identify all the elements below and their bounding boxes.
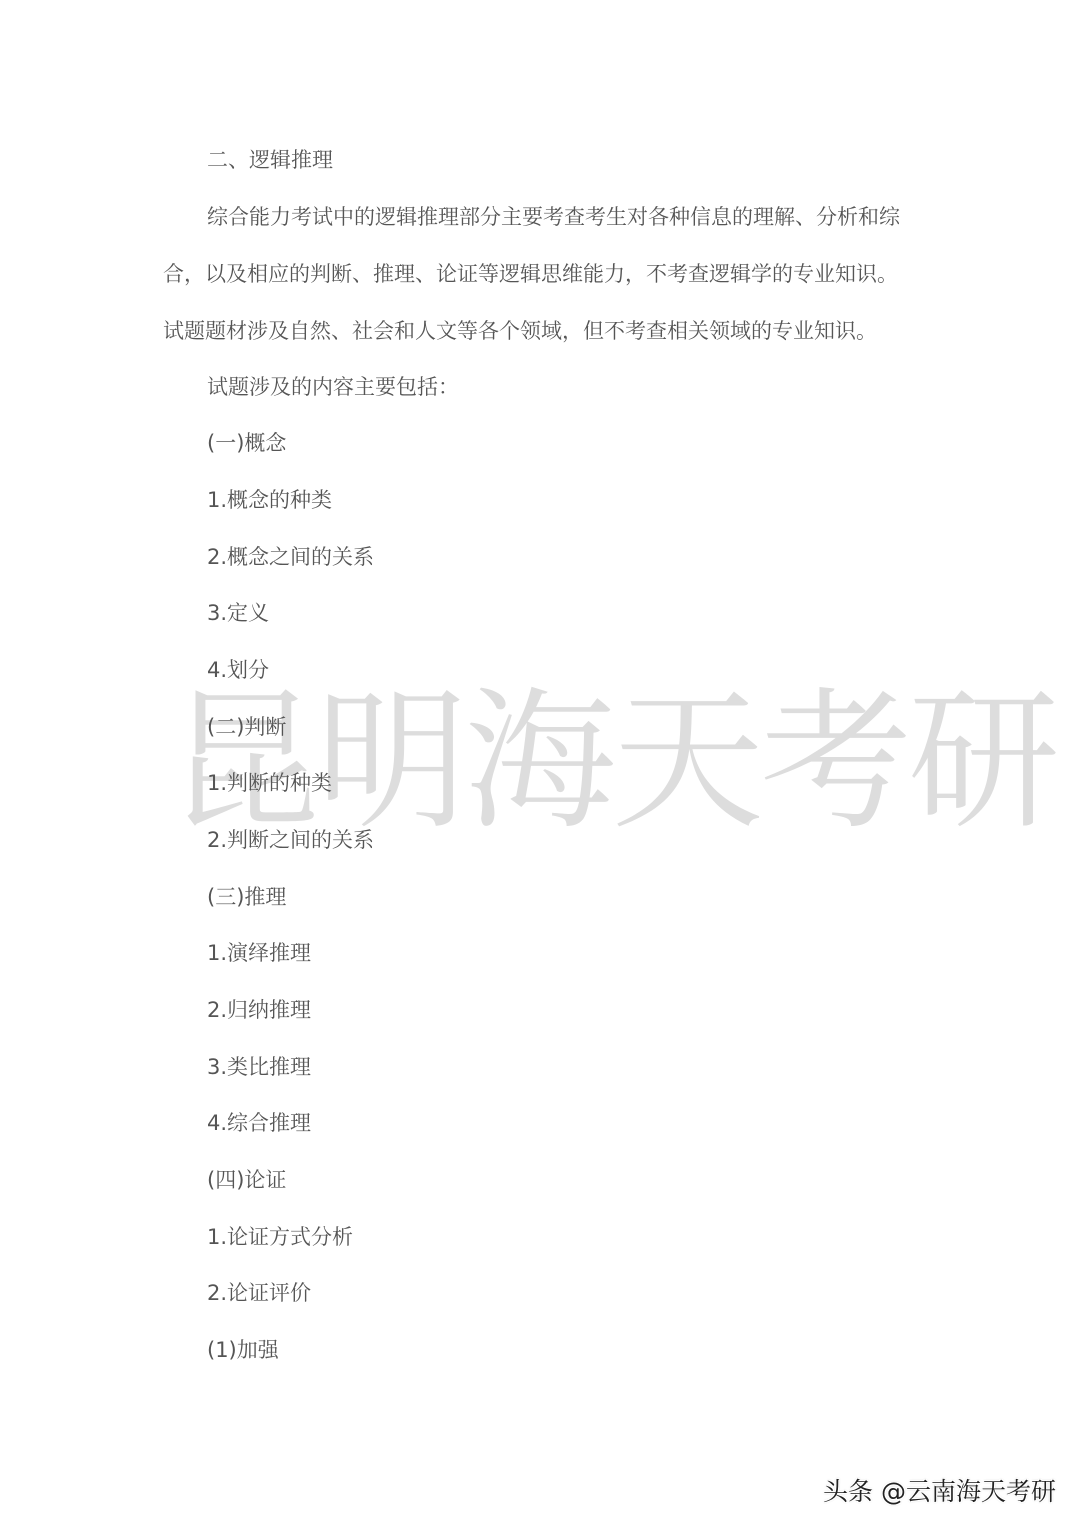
outline-item: 1.演绎推理 bbox=[207, 938, 311, 968]
outline-item: 1.概念的种类 bbox=[207, 485, 332, 515]
document-page: 昆明海天考研 二、逻辑推理 综合能力考试中的逻辑推理部分主要考查考生对各种信息的… bbox=[0, 0, 1080, 1528]
outline-item: 2.判断之间的关系 bbox=[207, 825, 374, 855]
outline-item: 4.综合推理 bbox=[207, 1108, 311, 1138]
outline-heading-reasoning: (三)推理 bbox=[207, 882, 286, 912]
source-attribution: 头条 @云南海天考研 bbox=[823, 1476, 1056, 1508]
outline-heading-judgment: (二)判断 bbox=[207, 712, 286, 742]
outline-item: 1.论证方式分析 bbox=[207, 1222, 353, 1252]
content-intro: 试题涉及的内容主要包括： bbox=[207, 372, 459, 402]
outline-subitem: (1)加强 bbox=[207, 1335, 279, 1365]
section-title: 二、逻辑推理 bbox=[207, 145, 333, 175]
outline-heading-argument: (四)论证 bbox=[207, 1165, 286, 1195]
paragraph-line: 试题题材涉及自然、社会和人文等各个领域，但不考查相关领域的专业知识。 bbox=[163, 316, 877, 346]
paragraph-line: 合，以及相应的判断、推理、论证等逻辑思维能力，不考查逻辑学的专业知识。 bbox=[163, 259, 898, 289]
paragraph-line: 综合能力考试中的逻辑推理部分主要考查考生对各种信息的理解、分析和综 bbox=[207, 202, 900, 232]
outline-item: 3.类比推理 bbox=[207, 1052, 311, 1082]
outline-item: 2.概念之间的关系 bbox=[207, 542, 374, 572]
outline-item: 2.论证评价 bbox=[207, 1278, 311, 1308]
outline-item: 3.定义 bbox=[207, 598, 269, 628]
outline-heading-concept: (一)概念 bbox=[207, 428, 286, 458]
outline-item: 1.判断的种类 bbox=[207, 768, 332, 798]
outline-item: 4.划分 bbox=[207, 655, 269, 685]
outline-item: 2.归纳推理 bbox=[207, 995, 311, 1025]
